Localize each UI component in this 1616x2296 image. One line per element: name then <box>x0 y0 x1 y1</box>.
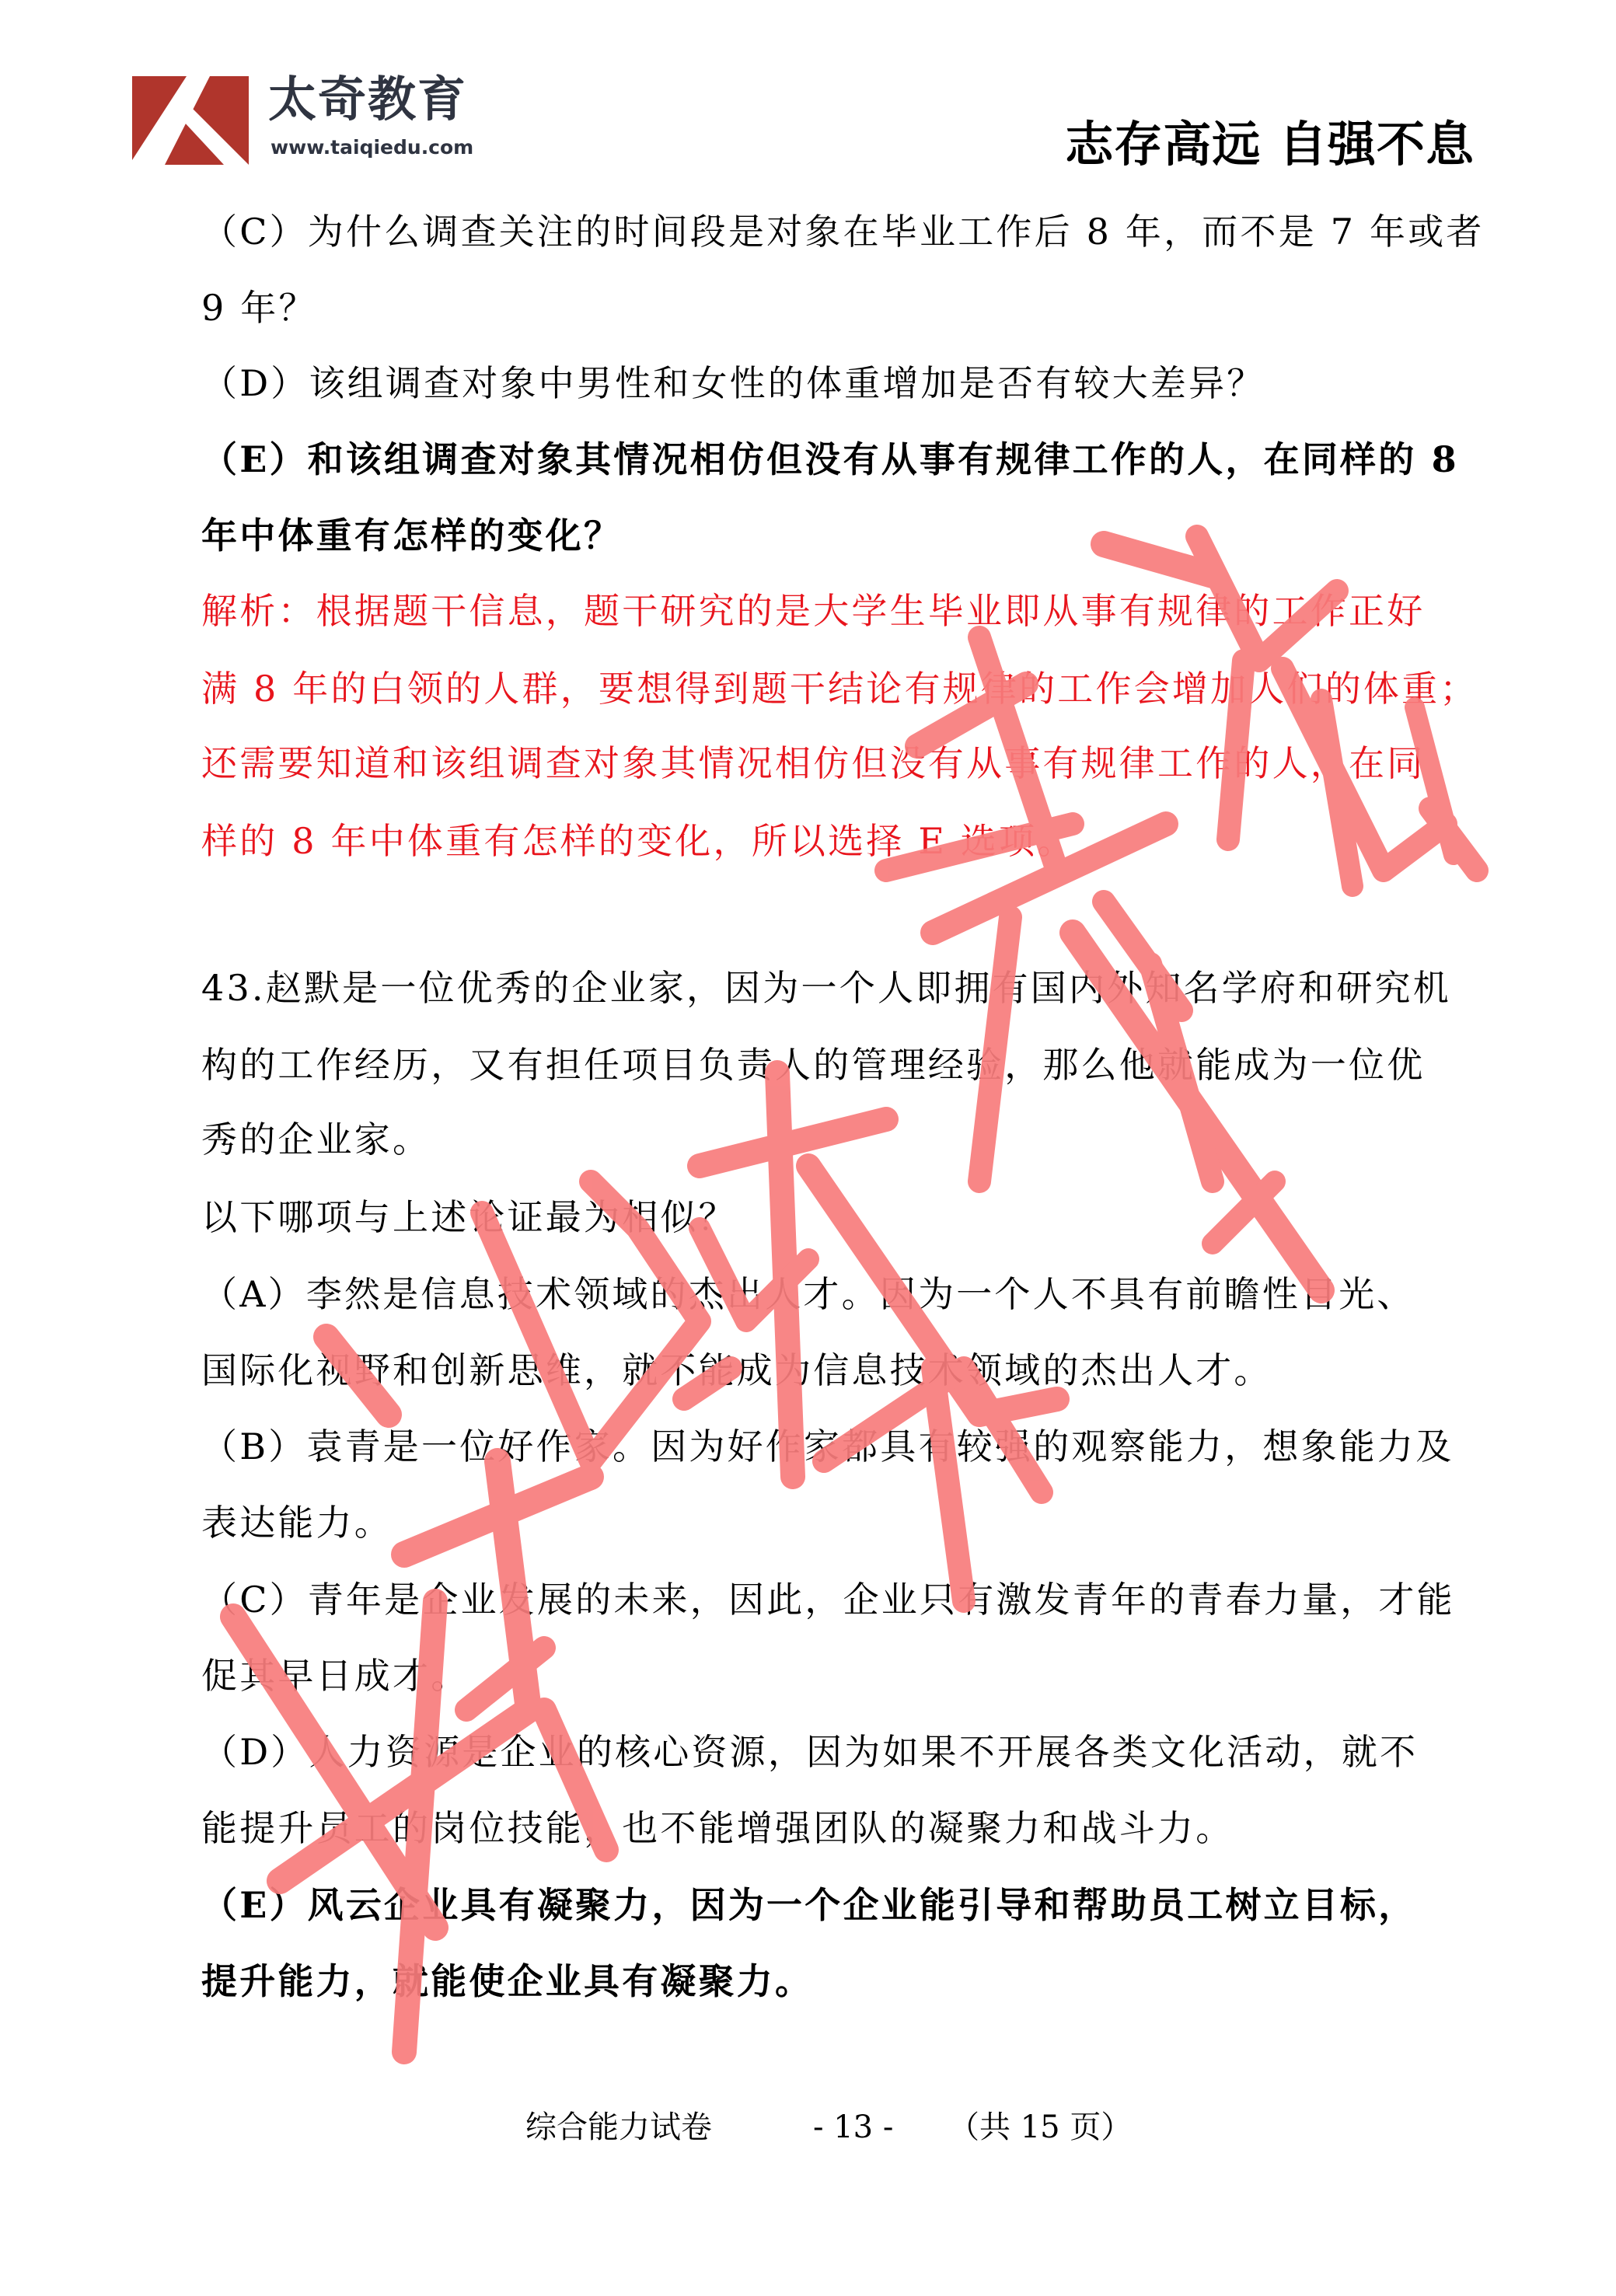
q43-stem: 43.赵默是一位优秀的企业家，因为一个人即拥有国内外知名学府和研究机 <box>201 965 1461 1011</box>
q43-stem-line-2: 构的工作经历，又有担任项目负责人的管理经验，那么他就能成为一位优 <box>201 1042 1461 1088</box>
q43-option-e-correct: （E）风云企业具有凝聚力，因为一个企业能引导和帮助员工树立目标， <box>201 1882 1461 1928</box>
q43-option-e-correct-cont: 提升能力，就能使企业具有凝聚力。 <box>201 1958 1461 2005</box>
q42-option-c-cont: 9 年？ <box>201 284 1461 331</box>
q42-option-c: （C）为什么调查关注的时间段是对象在毕业工作后 8 年，而不是 7 年或者 <box>201 208 1461 255</box>
q42-analysis: 解析：根据题干信息，题干研究的是大学生毕业即从事有规律的工作正好 <box>201 588 1461 634</box>
q43-prompt: 以下哪项与上述论证最为相似？ <box>201 1194 1461 1240</box>
q43-option-d: （D）人力资源是企业的核心资源，因为如果不开展各类文化活动，就不 <box>201 1729 1461 1775</box>
q43-option-a-cont: 国际化视野和创新思维，就不能成为信息技术领域的杰出人才。 <box>201 1347 1461 1394</box>
taiqi-logo-icon <box>132 76 249 165</box>
footer-page-number: - 13 - <box>813 2108 893 2147</box>
q42-analysis-line-3: 还需要知道和该组调查对象其情况相仿但没有从事有规律工作的人，在同 <box>201 740 1461 787</box>
footer-paper-title: 综合能力试卷 <box>525 2108 712 2147</box>
q43-option-c: （C）青年是企业发展的未来，因此，企业只有激发青年的青春力量，才能 <box>201 1576 1461 1623</box>
brand-url: www.taiqiedu.com <box>270 136 473 159</box>
q43-option-b-cont: 表达能力。 <box>201 1499 1461 1546</box>
q42-analysis-line-2: 满 8 年的白领的人群，要想得到题干结论有规律的工作会增加人们的体重； <box>201 665 1461 712</box>
q43-stem-line-3: 秀的企业家。 <box>201 1116 1461 1163</box>
q43-option-d-cont: 能提升员工的岗位技能，也不能增强团队的凝聚力和战斗力。 <box>201 1805 1461 1851</box>
brand-name: 太奇教育 <box>268 72 467 127</box>
footer-total-pages: （共 15 页） <box>948 2108 1132 2147</box>
q43-option-b: （B）袁青是一位好作家。因为好作家都具有较强的观察能力，想象能力及 <box>201 1423 1461 1470</box>
q42-option-e-correct: （E）和该组调查对象其情况相仿但没有从事有规律工作的人，在同样的 8 <box>201 436 1461 483</box>
header-motto: 志存高远 自强不息 <box>1065 115 1475 174</box>
q42-option-d: （D）该组调查对象中男性和女性的体重增加是否有较大差异？ <box>201 360 1461 407</box>
q42-analysis-line-4: 样的 8 年中体重有怎样的变化，所以选择 E 选项。 <box>201 818 1461 864</box>
q43-option-c-cont: 促其早日成才。 <box>201 1652 1461 1699</box>
q43-option-a: （A）李然是信息技术领域的杰出人才。因为一个人不具有前瞻性目光、 <box>201 1271 1461 1317</box>
q42-option-e-correct-cont: 年中体重有怎样的变化？ <box>201 512 1461 559</box>
